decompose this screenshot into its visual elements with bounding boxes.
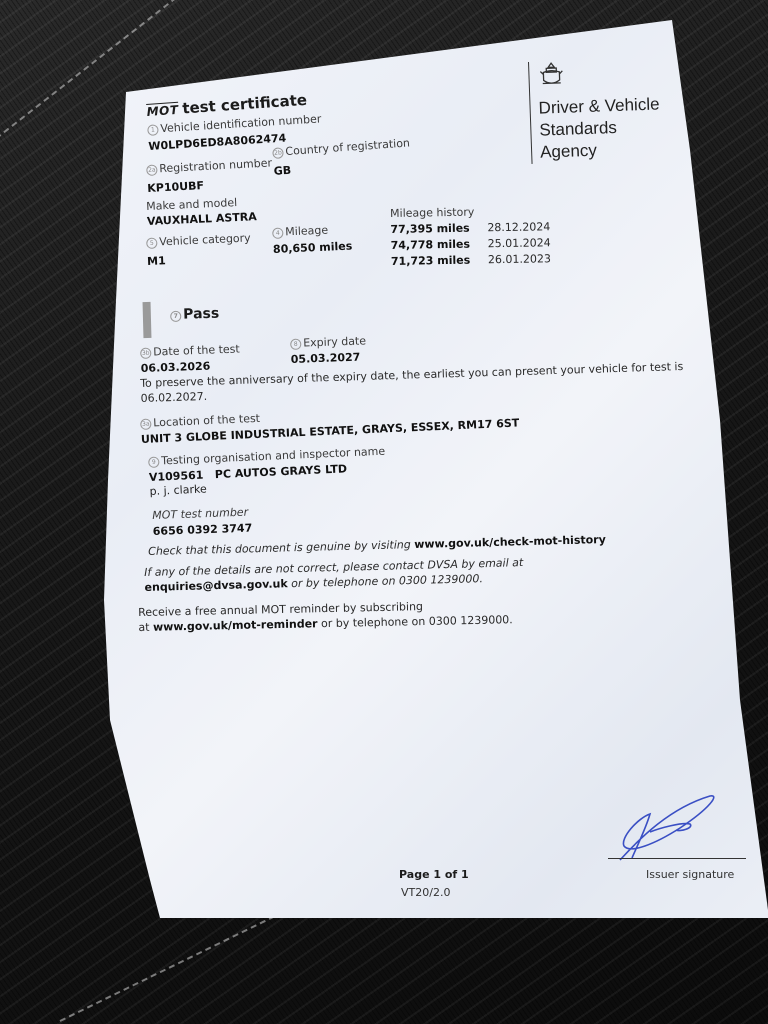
field-number-icon: 1 (147, 124, 159, 136)
test-date-field: 3bDate of the test 06.03.2026 (140, 343, 241, 375)
field-number-icon: 3a (140, 419, 151, 430)
dvsa-logo: Driver & Vehicle Standards Agency (528, 57, 661, 163)
form-code: VT20/2.0 (401, 886, 450, 899)
expiry-date-value: 05.03.2027 (291, 350, 367, 366)
history-date: 26.01.2023 (488, 252, 551, 266)
field-number-icon: 7 (170, 311, 181, 322)
mileage-history-list: 77,395 miles28.12.202474,778 miles25.01.… (390, 220, 551, 268)
expiry-date-field: 8Expiry date 05.03.2027 (290, 334, 367, 366)
issuer-signature-mark (610, 788, 720, 868)
mileage-label-text: Mileage (285, 224, 328, 239)
mot-test-number-field: MOT test number 6656 0392 3747 (152, 506, 252, 538)
mileage-history: Mileage history 77,395 miles28.12.202474… (390, 204, 551, 268)
history-miles: 77,395 miles (390, 221, 487, 236)
agency-line-1: Driver & Vehicle (538, 93, 660, 119)
test-date-label: 3bDate of the test (140, 343, 240, 359)
reminder-prefix: at (138, 621, 149, 634)
test-date-label-text: Date of the test (153, 343, 240, 359)
history-date: 28.12.2024 (487, 220, 550, 234)
agency-line-3: Agency (540, 137, 662, 163)
mileage-field: 4Mileage 80,650 miles (272, 223, 353, 256)
vehicle-category-label-text: Vehicle category (159, 231, 251, 248)
make-model-field: Make and model VAUXHALL ASTRA (146, 195, 257, 228)
mileage-history-row: 77,395 miles28.12.2024 (390, 220, 550, 236)
field-number-icon: 9 (148, 457, 159, 468)
issuer-signature-label: Issuer signature (646, 868, 734, 881)
mileage-label: 4Mileage (272, 223, 352, 239)
mot-test-number-label: MOT test number (152, 506, 252, 522)
history-miles: 74,778 miles (391, 237, 488, 252)
mot-logo: MOT (146, 102, 179, 119)
expiry-date-label-text: Expiry date (303, 334, 366, 349)
registration-field: 2aRegistration number KP10UBF (146, 156, 273, 195)
mileage-history-row: 74,778 miles25.01.2024 (391, 236, 551, 252)
signature-line (608, 858, 746, 859)
dvsa-logo-block: Driver & Vehicle Standards Agency (528, 57, 661, 163)
page-indicator: Page 1 of 1 (399, 868, 469, 881)
field-number-icon: 5 (146, 238, 157, 249)
vehicle-category-field: 5Vehicle category M1 (146, 231, 252, 268)
field-number-icon: 8 (290, 339, 301, 350)
organisation-id: V109561 (149, 469, 204, 484)
field-number-icon: 2b (272, 147, 284, 159)
royal-crest-icon (537, 61, 566, 88)
mileage-history-label: Mileage history (390, 204, 550, 220)
field-number-icon: 2a (146, 164, 158, 176)
history-date: 25.01.2024 (488, 236, 551, 250)
field-number-icon: 4 (272, 228, 283, 239)
result-status: 7Pass (170, 306, 219, 323)
field-number-icon: 3b (140, 348, 151, 359)
history-miles: 71,723 miles (391, 253, 488, 268)
expiry-date-label: 8Expiry date (290, 334, 366, 350)
pass-status-text: Pass (183, 306, 219, 323)
mileage-history-row: 71,723 miles26.01.2023 (391, 252, 551, 268)
result-status-bar (143, 302, 152, 338)
